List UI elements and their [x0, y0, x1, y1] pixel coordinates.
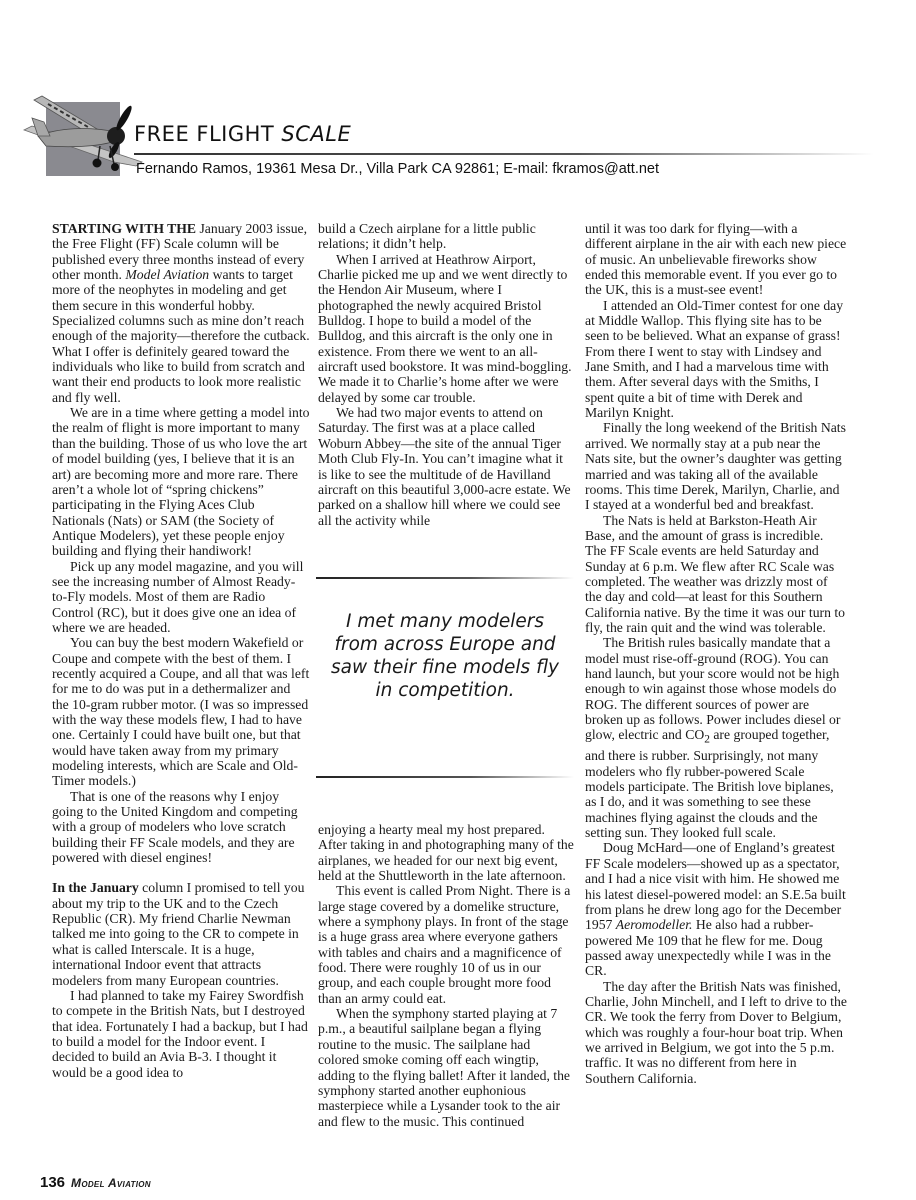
paragraph: When I arrived at Heathrow Airport, Char… — [318, 252, 574, 405]
article-column-2: build a Czech airplane for a little publ… — [318, 221, 574, 528]
article-column-3: until it was too dark for flying—with a … — [585, 221, 847, 1086]
paragraph: This event is called Prom Night. There i… — [318, 883, 574, 1006]
page-footer: 136Model Aviation — [40, 1174, 151, 1192]
paragraph: until it was too dark for flying—with a … — [585, 221, 847, 298]
paragraph: The British rules basically mandate that… — [585, 635, 847, 840]
airplane-icon — [18, 92, 148, 174]
paragraph: The day after the British Nats was finis… — [585, 979, 847, 1086]
paragraph: You can buy the best modern Wakefield or… — [52, 635, 310, 788]
paragraph: Pick up any model magazine, and you will… — [52, 559, 310, 636]
paragraph: In the January column I promised to tell… — [52, 880, 310, 987]
text: The British rules basically mandate that… — [585, 635, 840, 742]
paragraph: STARTING WITH THE January 2003 issue, th… — [52, 221, 310, 405]
pull-quote-bottom-rule — [316, 776, 574, 778]
magazine-title: Aeromodeller. — [616, 917, 693, 932]
paragraph: I attended an Old-Timer contest for one … — [585, 298, 847, 421]
text: wants to target more of the neophytes in… — [52, 267, 310, 405]
title-divider — [134, 153, 874, 155]
paragraph: We are in a time where getting a model i… — [52, 405, 310, 558]
article-column-2-continued: enjoying a hearty meal my host prepared.… — [318, 822, 574, 1129]
title-italic: SCALE — [281, 122, 351, 146]
pull-quote: I met many modelers from across Europe a… — [330, 610, 560, 702]
paragraph: That is one of the reasons why I enjoy g… — [52, 789, 310, 866]
column-header: FREE FLIGHT SCALE Fernando Ramos, 19361 … — [0, 0, 916, 200]
column-title: FREE FLIGHT SCALE — [134, 122, 351, 146]
paragraph: Finally the long weekend of the British … — [585, 420, 847, 512]
magazine-title: Model Aviation — [125, 267, 209, 282]
article-column-1: STARTING WITH THE January 2003 issue, th… — [52, 221, 310, 1080]
page-number: 136 — [40, 1174, 65, 1191]
paragraph: enjoying a hearty meal my host prepared.… — [318, 822, 574, 883]
paragraph: build a Czech airplane for a little publ… — [318, 221, 574, 252]
lead-in: STARTING WITH THE — [52, 221, 196, 236]
lead-in: In the January — [52, 880, 139, 895]
magazine-name: Model Aviation — [71, 1176, 151, 1190]
title-main: FREE FLIGHT — [134, 122, 281, 146]
paragraph: We had two major events to attend on Sat… — [318, 405, 574, 528]
text: column I promised to tell you about my t… — [52, 880, 304, 987]
paragraph: When the symphony started playing at 7 p… — [318, 1006, 574, 1129]
author-byline: Fernando Ramos, 19361 Mesa Dr., Villa Pa… — [136, 161, 659, 177]
pull-quote-top-rule — [316, 577, 574, 579]
paragraph: Doug McHard—one of England’s greatest FF… — [585, 840, 847, 978]
paragraph: I had planned to take my Fairey Swordfis… — [52, 988, 310, 1080]
paragraph: The Nats is held at Barkston-Heath Air B… — [585, 513, 847, 636]
